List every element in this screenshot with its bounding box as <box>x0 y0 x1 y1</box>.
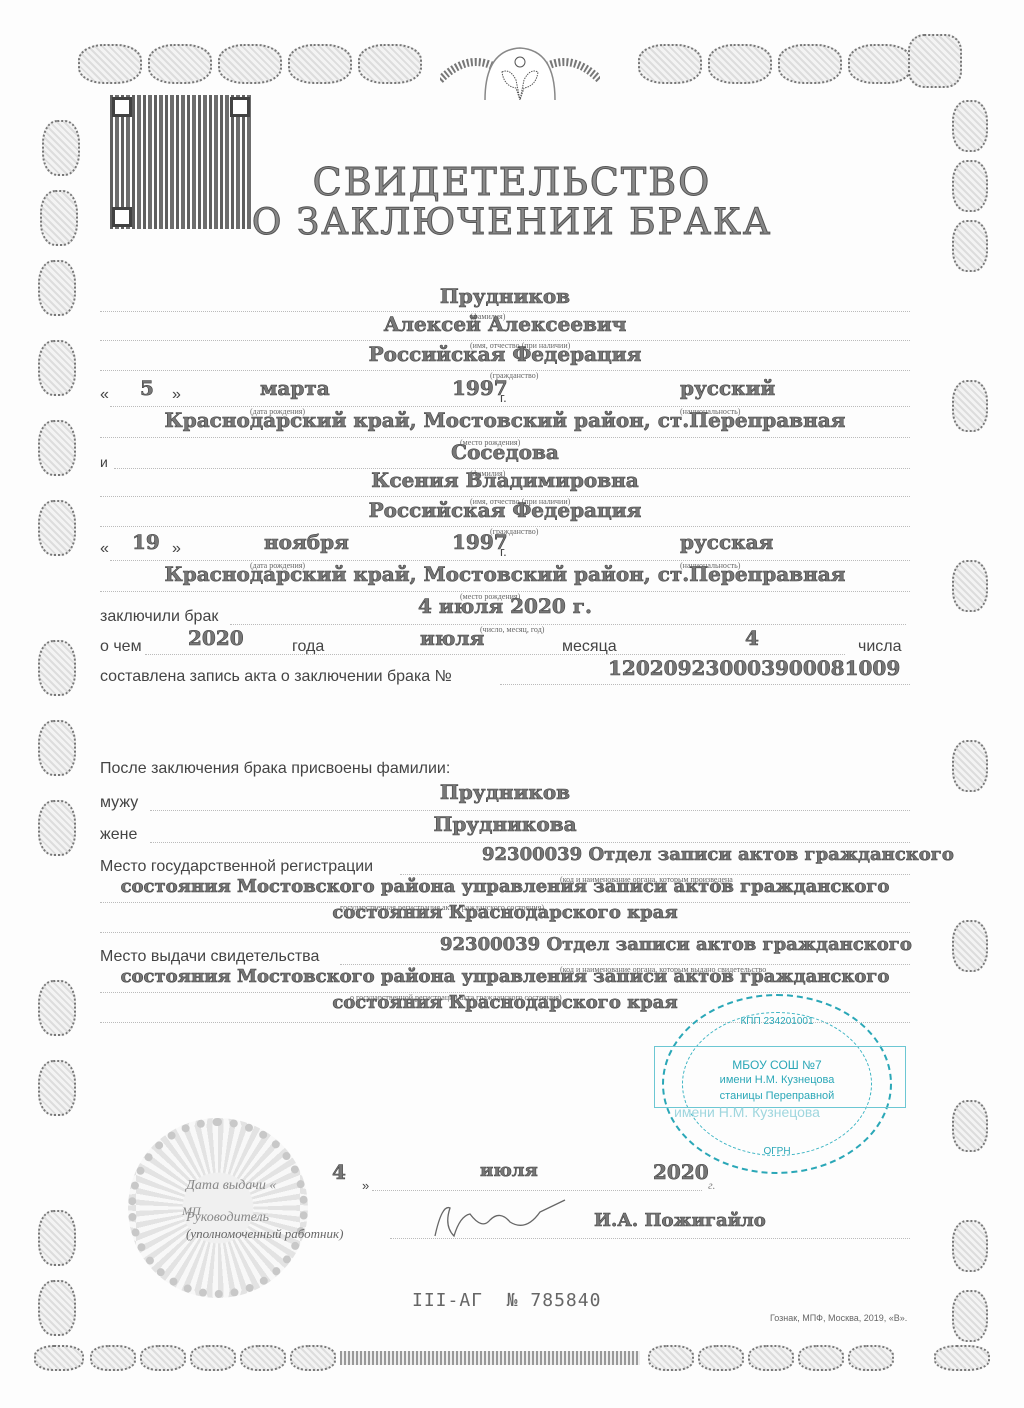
registration-place-row-3: состояния Краснодарского края <box>100 902 910 938</box>
record-year: 2020 <box>188 626 244 650</box>
ornamental-border-bottom <box>34 1345 992 1375</box>
printer-imprint: Гознак, МПФ, Москва, 2019, «В». <box>770 1313 907 1323</box>
registration-place-row: Место государственной регистрации 923000… <box>100 844 910 880</box>
wife-name: Ксения Владимировна <box>100 468 910 492</box>
issue-date-row: Дата выдачи « 4 » июля 2020 г. <box>100 1160 910 1194</box>
husband-new-surname: Прудников <box>100 780 910 804</box>
wife-birth-day: 19 <box>132 530 160 554</box>
wife-nationality: русская <box>680 530 773 554</box>
issue-year: 2020 <box>653 1160 709 1184</box>
wife-new-surname-row: жене Прудникова <box>100 812 910 846</box>
coat-of-arms-icon <box>440 40 600 100</box>
ornamental-border-right <box>948 80 992 1350</box>
certificate-number: 785840 <box>530 1290 601 1311</box>
registration-place-line2: состояния Мостовского района управления … <box>100 876 910 897</box>
wife-birthplace: Краснодарский край, Мостовский район, ст… <box>100 562 910 586</box>
husband-citizenship: Российская Федерация <box>100 342 910 366</box>
signer-name: И.А. Пожигайло <box>594 1210 766 1231</box>
marriage-date: 4 июля 2020 г. <box>100 594 910 618</box>
marriage-certificate: СВИДЕТЕЛЬСТВО О ЗАКЛЮЧЕНИИ БРАКА Прудник… <box>0 0 1024 1408</box>
issue-place-line1: 92300039 Отдел записи актов гражданского <box>440 934 912 955</box>
blue-stamp: КПП 234201001 МБОУ СОШ №7 имени Н.М. Куз… <box>662 994 892 1174</box>
registration-place-line3: состояния Краснодарского края <box>100 902 910 923</box>
registration-place-line1: 92300039 Отдел записи актов гражданского <box>482 844 954 865</box>
act-number: 120209230003900081009 <box>608 656 900 680</box>
wife-new-surname: Прудникова <box>100 812 910 836</box>
act-number-row: составлена запись акта о заключении брак… <box>100 656 910 690</box>
husband-new-surname-row: мужу Прудников <box>100 780 910 814</box>
certificate-serial: III-АГ № 785840 <box>412 1290 601 1311</box>
husband-birth-month: марта <box>260 376 330 400</box>
husband-nationality: русский <box>680 376 775 400</box>
record-month: июля <box>420 626 484 650</box>
issue-place-row: Место выдачи свидетельства 92300039 Отде… <box>100 934 910 970</box>
document-subtitle: О ЗАКЛЮЧЕНИИ БРАКА <box>0 202 1024 243</box>
issue-place-line2: состояния Мостовского района управления … <box>100 966 910 987</box>
document-title: СВИДЕТЕЛЬСТВО <box>0 160 1024 204</box>
wife-surname: Соседова <box>100 440 910 464</box>
ornamental-border-left <box>34 80 84 1350</box>
wife-citizenship: Российская Федерация <box>100 498 910 522</box>
issue-day: 4 <box>332 1160 346 1184</box>
signature <box>430 1196 570 1246</box>
record-date-row: о чем 2020 года июля месяца 4 числа <box>100 626 910 660</box>
husband-birth-day: 5 <box>140 376 154 400</box>
husband-surname: Прудников <box>100 284 910 308</box>
issue-month: июля <box>480 1160 538 1181</box>
record-day: 4 <box>745 626 759 650</box>
husband-name: Алексей Алексеевич <box>100 312 910 336</box>
wife-birth-month: ноября <box>264 530 349 554</box>
husband-birthplace: Краснодарский край, Мостовский район, ст… <box>100 408 910 432</box>
